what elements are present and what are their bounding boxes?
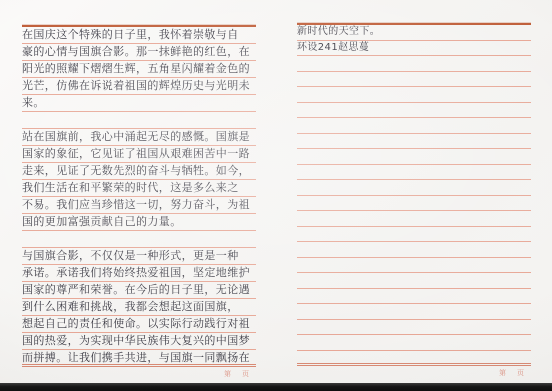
handwritten-line: 与国旗合影，不仅仅是一种形式，更是一种 — [22, 248, 256, 265]
handwritten-line: 走来，见证了无数先烈的奋斗与牺牲。如今， — [22, 163, 256, 180]
ruled-line — [297, 165, 531, 181]
handwritten-line: 想起自己的责任和使命。以实际行动践行对祖 — [22, 316, 256, 333]
handwritten-line: 国家的象征，它见证了祖国从艰难困苦中一路 — [22, 146, 256, 163]
ruled-line — [297, 273, 531, 289]
footer-di-label: 第 — [499, 369, 506, 377]
ruled-line — [297, 258, 531, 274]
footer-di-label: 第 — [224, 370, 231, 378]
notebook-page-right: 新时代的天空下。环设241赵思蔓 第 页 — [297, 23, 531, 377]
left-page-ruled-area: 在国庆这个特殊的日子里，我怀着崇敬与自豪的心情与国旗合影。那一抹鲜艳的红色，在阳… — [22, 25, 256, 367]
handwritten-line: 而拼搏。让我们携手共进，与国旗一同飘扬在 — [22, 350, 256, 367]
ruled-line — [297, 320, 531, 336]
ruled-line — [297, 72, 531, 88]
handwritten-line: 承诺。承诺我们将始终热爱祖国，坚定地维护 — [22, 265, 256, 282]
notebook-spread-photo: 在国庆这个特殊的日子里，我怀着崇敬与自豪的心情与国旗合影。那一抹鲜艳的红色，在阳… — [0, 0, 552, 391]
footer-ye-label: 页 — [242, 370, 249, 378]
handwritten-line: 我们生活在和平繁荣的时代，这是多么来之 — [22, 180, 256, 197]
ruled-line — [297, 87, 531, 103]
footer-ye-label: 页 — [517, 369, 524, 377]
ruled-line — [297, 335, 531, 351]
handwritten-line: 阳光的照耀下熠熠生辉，五角星闪耀着金色的 — [22, 61, 256, 78]
ruled-line — [297, 103, 531, 119]
handwritten-line: 不易。我们应当珍惜这一切，努力奋斗，为祖 — [22, 197, 256, 214]
right-page-footer: 第 页 — [297, 369, 531, 377]
ruled-line — [297, 289, 531, 305]
ruled-line — [22, 112, 256, 129]
left-page-footer: 第 页 — [22, 370, 256, 378]
ruled-line — [297, 211, 531, 227]
notebook-page-left: 在国庆这个特殊的日子里，我怀着崇敬与自豪的心情与国旗合影。那一抹鲜艳的红色，在阳… — [22, 25, 256, 378]
right-page-ruled-area: 新时代的天空下。环设241赵思蔓 — [297, 23, 531, 366]
ruled-line — [297, 227, 531, 243]
desk-edge — [0, 383, 552, 391]
ruled-line — [297, 134, 531, 150]
ruled-line — [297, 118, 531, 134]
handwritten-line: 到什么困难和挑战，我都会想起这面国旗， — [22, 299, 256, 316]
handwritten-line: 国家的尊严和荣誉。在今后的日子里，无论遇 — [22, 282, 256, 299]
ruled-line — [297, 351, 531, 367]
handwritten-line: 来。 — [22, 95, 256, 112]
ruled-line — [297, 304, 531, 320]
handwritten-line: 在国庆这个特殊的日子里，我怀着崇敬与自 — [22, 27, 256, 44]
handwritten-line: 国的热爱，为实现中华民族伟大复兴的中国梦 — [22, 333, 256, 350]
handwritten-line: 站在国旗前，我心中涌起无尽的感慨。国旗是 — [22, 129, 256, 146]
handwritten-line: 豪的心情与国旗合影。那一抹鲜艳的红色，在 — [22, 44, 256, 61]
ruled-line — [22, 231, 256, 248]
ruled-line — [297, 149, 531, 165]
ruled-line — [297, 242, 531, 258]
ruled-line — [297, 196, 531, 212]
ruled-line — [297, 56, 531, 72]
handwritten-line: 环设241赵思蔓 — [297, 41, 531, 57]
ruled-line — [297, 180, 531, 196]
handwritten-line: 光芒，仿佛在诉说着祖国的辉煌历史与光明未 — [22, 78, 256, 95]
handwritten-line: 新时代的天空下。 — [297, 25, 531, 41]
handwritten-line: 国的更加富强贡献自己的力量。 — [22, 214, 256, 231]
